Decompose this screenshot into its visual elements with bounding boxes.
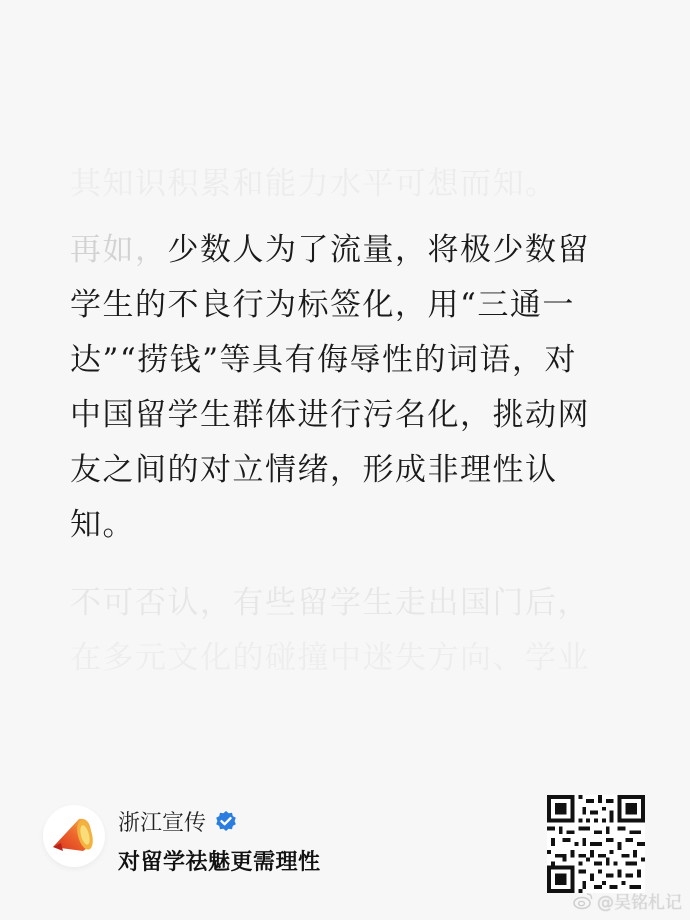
avatar[interactable] bbox=[43, 805, 105, 867]
paragraph-line: 少数人为了流量，将极少数留 bbox=[168, 232, 591, 268]
paragraph-line: 学生的不良行为标签化，用“三通一 bbox=[70, 278, 590, 333]
paragraph-line: 知。 bbox=[70, 498, 590, 553]
qr-code[interactable] bbox=[547, 795, 645, 893]
account-name-text: 浙江宣传 bbox=[118, 806, 206, 837]
watermark-text: @吴铭札记 bbox=[597, 888, 682, 913]
qr-code-icon bbox=[547, 795, 645, 893]
verified-badge-icon bbox=[214, 810, 238, 834]
main-paragraph: 再如，少数人为了流量，将极少数留 学生的不良行为标签化，用“三通一 达”“捞钱”… bbox=[70, 223, 590, 553]
paragraph-lead: 再如， bbox=[70, 232, 168, 268]
megaphone-icon bbox=[49, 813, 99, 859]
paragraph-line: 达”“捞钱”等具有侮辱性的词语，对 bbox=[70, 333, 590, 388]
faded-line bbox=[70, 686, 590, 741]
faded-previous-line: 其知识积累和能力水平可想而知。 bbox=[70, 157, 558, 212]
faded-line: 在多元文化的碰撞中迷失方向、学业 bbox=[70, 631, 590, 686]
watermark: @吴铭札记 bbox=[573, 888, 682, 913]
paragraph-line: 友之间的对立情绪，形成非理性认 bbox=[70, 443, 590, 498]
article-title: 对留学祛魅更需理性 bbox=[118, 845, 321, 876]
faded-next-paragraph: 不可否认，有些留学生走出国门后， 在多元文化的碰撞中迷失方向、学业 bbox=[70, 576, 590, 741]
faded-line: 不可否认，有些留学生走出国门后， bbox=[70, 576, 590, 631]
source-footer: 浙江宣传 对留学祛魅更需理性 bbox=[0, 790, 690, 920]
account-name[interactable]: 浙江宣传 bbox=[118, 806, 238, 837]
weibo-icon bbox=[573, 892, 593, 910]
paragraph-line: 中国留学生群体进行污名化，挑动网 bbox=[70, 388, 590, 443]
